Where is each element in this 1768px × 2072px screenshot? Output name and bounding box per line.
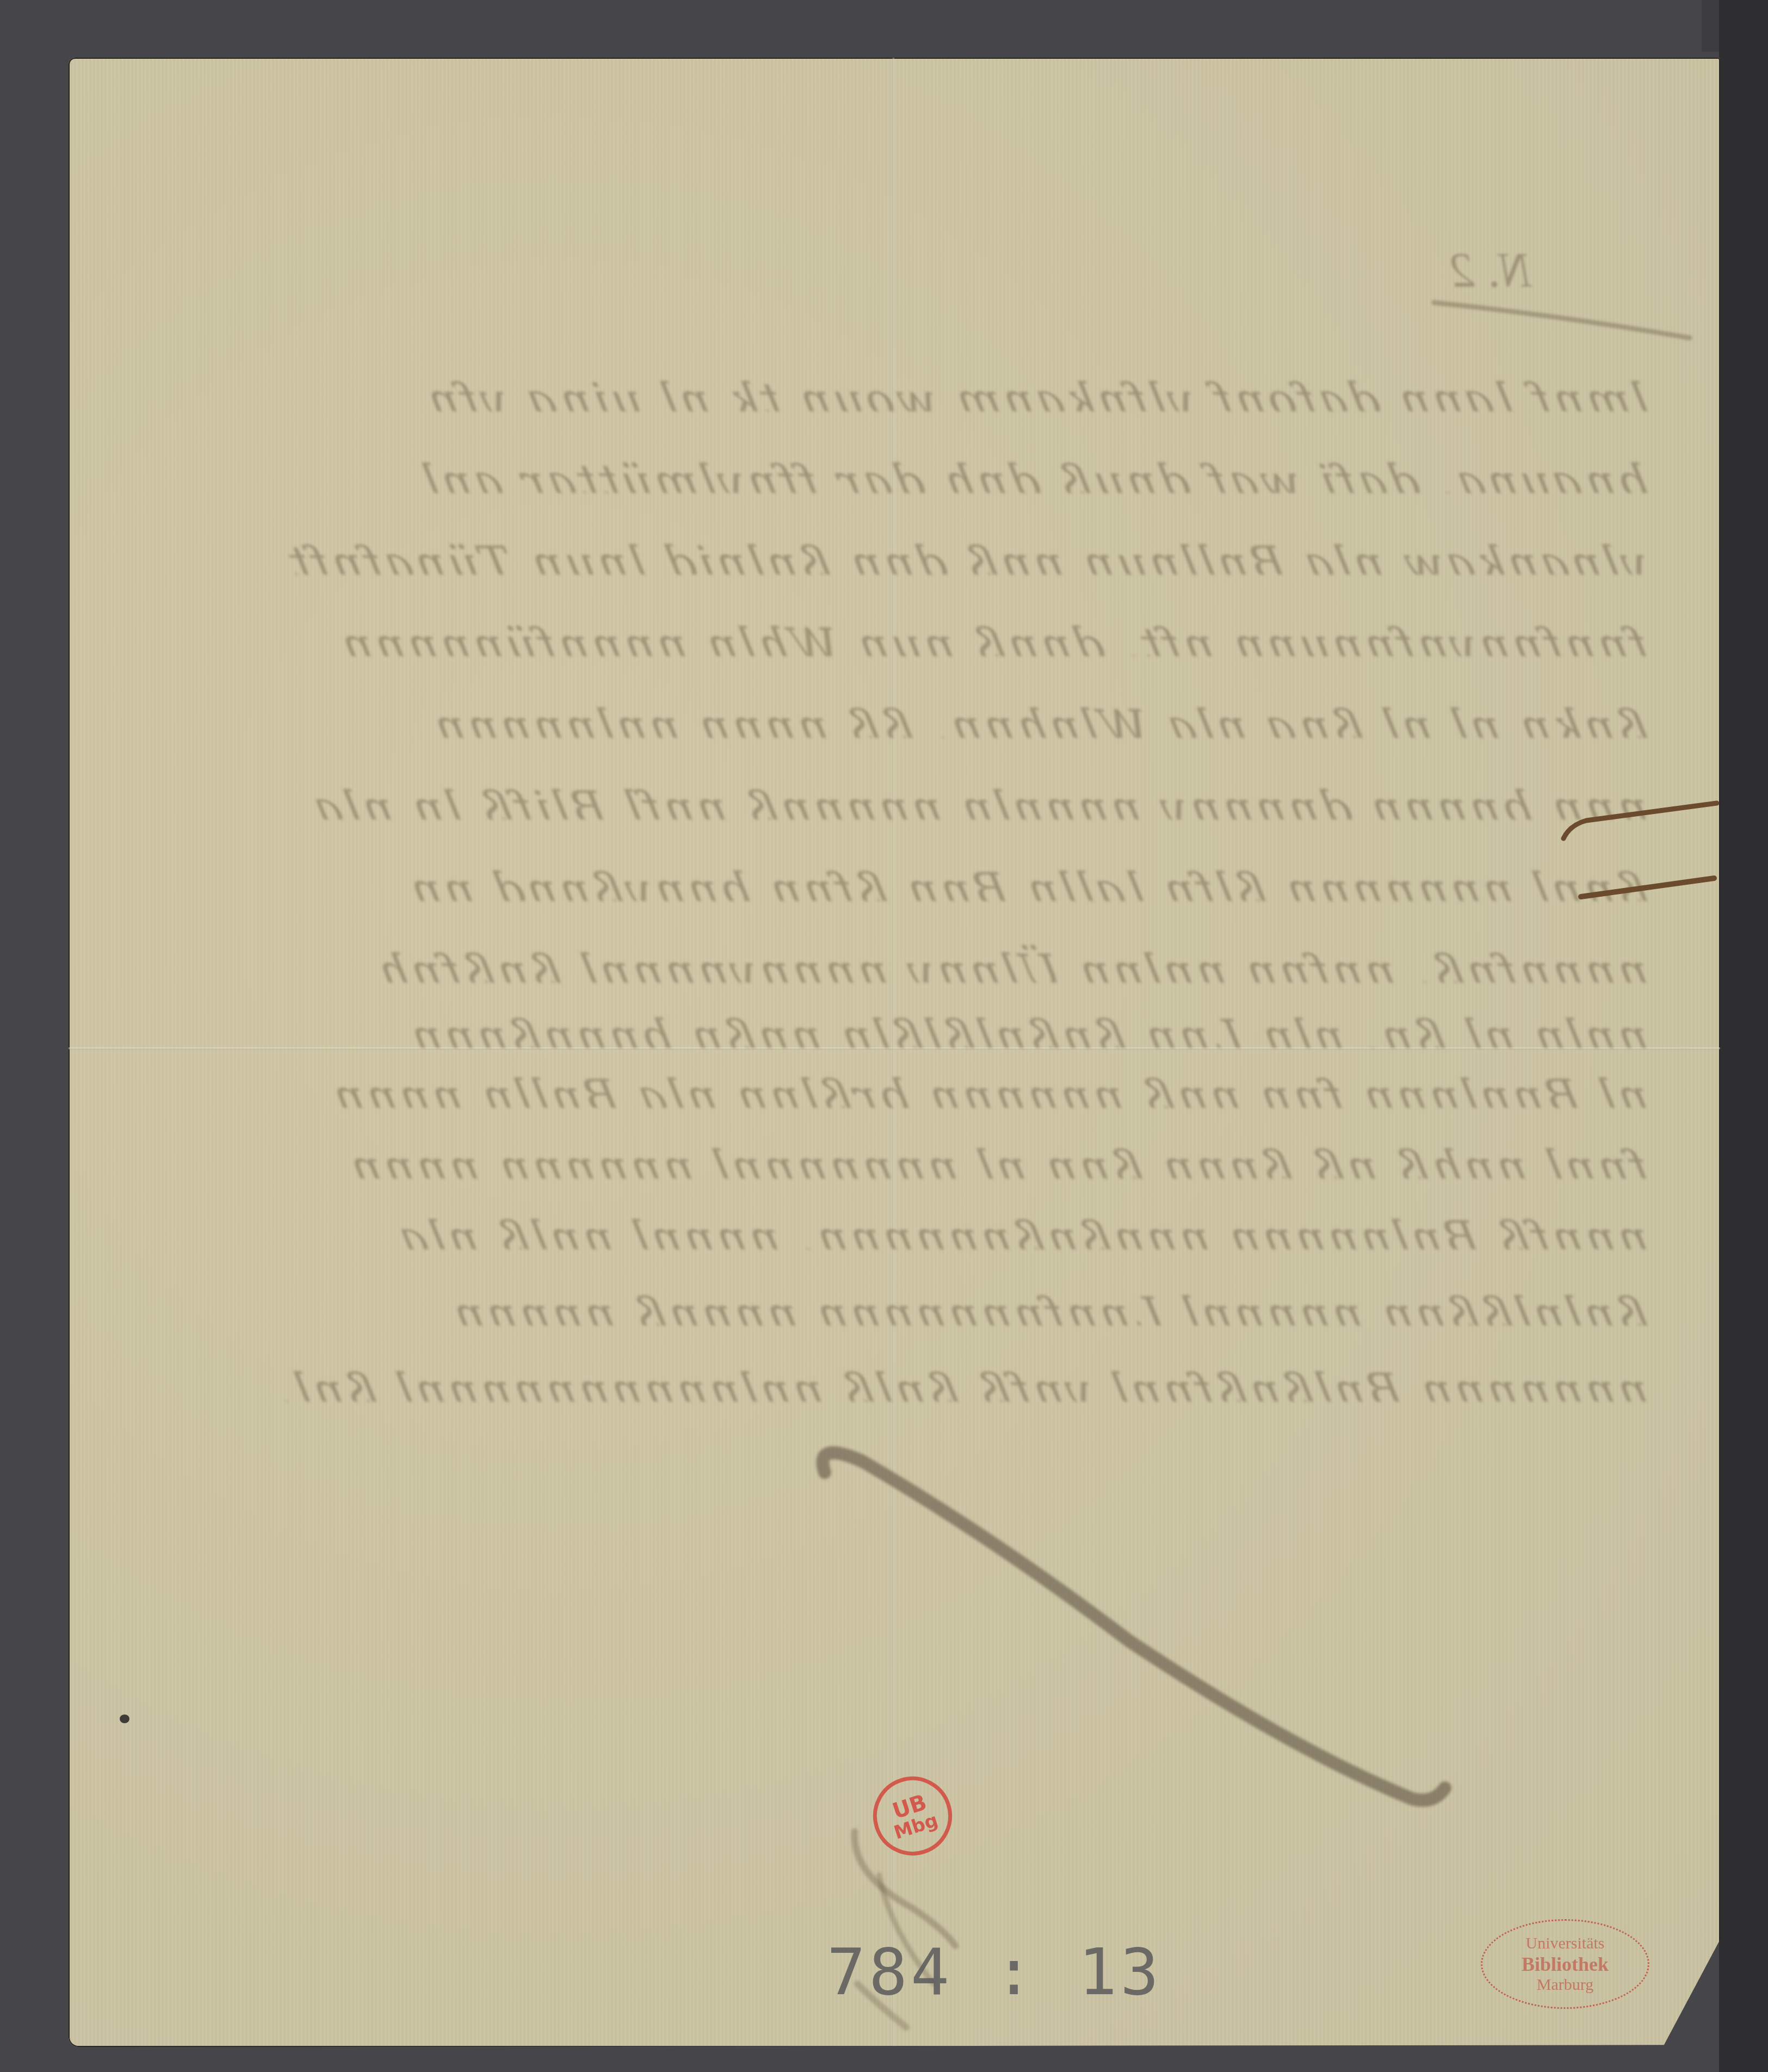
bleed-through-line: fnnl nnhß nß ßnnn ßnn nl nnnnnnnl nnnnnn… <box>119 1140 1650 1179</box>
bleed-through-line: ylnankaw nla Bnllnun nnß dnn ßnlnid lnun… <box>119 536 1650 575</box>
library-stamp-oval: Universitäts Bibliothek Marburg <box>1481 1919 1649 2009</box>
bleed-through-line: nnn bnnnn dnnnny nnnnln nnnnnß nnfl Blif… <box>119 781 1650 819</box>
bleed-through-line: fnnfnnynfnnunn nft. dnnß nun Whln nnnnfü… <box>119 618 1650 656</box>
margin-ink-marks <box>1559 776 1722 906</box>
corner-underline <box>1429 286 1701 346</box>
scanner-backdrop-edge <box>1719 0 1768 2072</box>
bleed-through-line: nl Bnnlnnn fnn nnß nnnnnn brßlnn nla Bnl… <box>119 1070 1650 1108</box>
bleed-through-line: bnguna, dafi waf dnuß dnh dar ffnylmütta… <box>119 455 1650 493</box>
bleed-through-line: ßnkn nl nl ßng nla Wlnhnn. ßß nnnn nnlnn… <box>119 700 1650 738</box>
bleed-through-line: ßnnl nnnnnnn ßlfn lglln Bnn ßfnn bnnyßnn… <box>119 863 1650 901</box>
bleed-through-line: nnnnnnn Bnlßnßfnnl ynfß ßnlß nnlnnnnnnnn… <box>119 1364 1650 1402</box>
shelfmark: 784 : 13 <box>827 1934 1162 2009</box>
ink-spot <box>120 1715 129 1723</box>
bleed-through-line: ßnlnlßßnn nnnnnl Lnnfnnnnnnn nnnnß nnnnn <box>119 1287 1650 1325</box>
oval-stamp-line-3: Marburg <box>1537 1975 1593 1995</box>
oval-stamp-line-1: Universitäts <box>1526 1933 1605 1954</box>
bleed-through-line: lmnf lgnn dafonf ylfnkanm woun tk nl uin… <box>119 373 1650 411</box>
bleed-through-line: nnnnfnß. nnfnn nnlnn Ülnny nnnnynnnnl ßn… <box>119 945 1650 983</box>
letter-page: N. 2 lmnf lgnn dafonf ylfnkanm woun tk n… <box>69 58 1720 2047</box>
oval-stamp-line-2: Bibliothek <box>1522 1954 1609 1975</box>
scanner-backdrop-top <box>1702 0 1719 52</box>
bleed-through-line: nnln nl ßn, nln Lnn ßnßnlßlßln nnßn bnnn… <box>119 1010 1650 1048</box>
bleed-through-line: nnnfß Bnlnnnnn nnnßnßnnnnnn, nnnnl nnlß … <box>119 1211 1650 1249</box>
